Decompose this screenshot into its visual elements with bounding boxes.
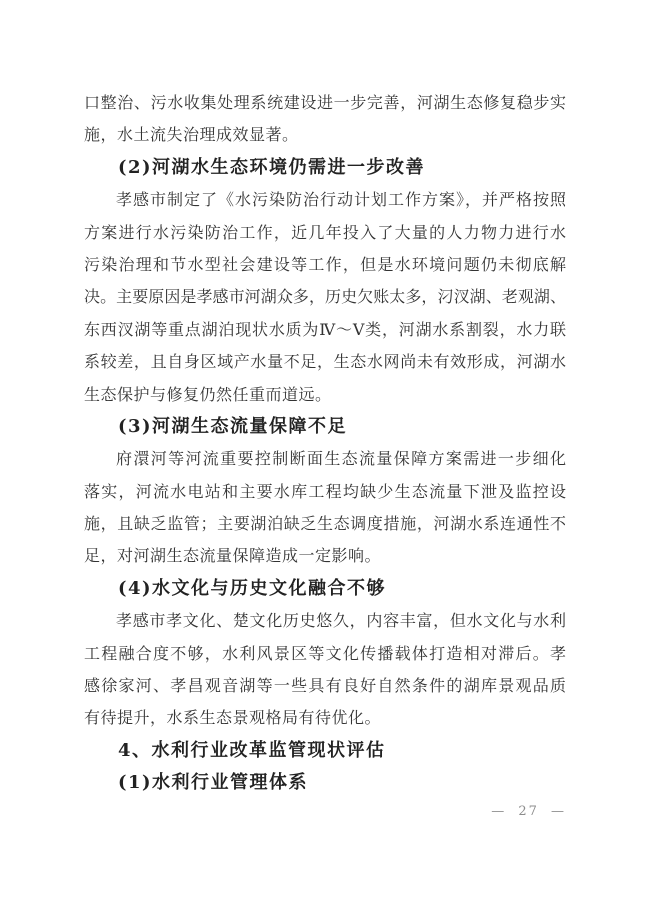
body-line: 方案进行水污染防治工作，近几年投入了大量的人力物力进行水 bbox=[84, 217, 566, 249]
body-line: 感徐家河、孝昌观音湖等一些具有良好自然条件的湖库景观品质 bbox=[84, 670, 566, 702]
body-line: 施，且缺乏监管；主要湖泊缺乏生态调度措施，河湖水系连通性不 bbox=[84, 508, 566, 540]
body-line: 口整治、污水收集处理系统建设进一步完善，河湖生态修复稳步实 bbox=[84, 87, 566, 119]
subsection-heading: (1)水利行业管理体系 bbox=[84, 767, 566, 799]
body-line: 决。主要原因是孝感市河湖众多，历史欠账太多，汈汊湖、老观湖、 bbox=[84, 281, 566, 313]
body-line: 系较差，且自身区域产水量不足，生态水网尚未有效形成，河湖水 bbox=[84, 346, 566, 378]
body-line: 孝感市制定了《水污染防治行动计划工作方案》，并严格按照 bbox=[84, 184, 566, 216]
chapter-heading: 4、水利行业改革监管现状评估 bbox=[84, 735, 566, 767]
body-line: 足，对河湖生态流量保障造成一定影响。 bbox=[84, 540, 566, 572]
body-line: 落实，河流水电站和主要水库工程均缺少生态流量下泄及监控设 bbox=[84, 476, 566, 508]
text-column: 口整治、污水收集处理系统建设进一步完善，河湖生态修复稳步实 施，水土流失治理成效… bbox=[84, 87, 566, 800]
page-number: — 27 — bbox=[491, 804, 566, 820]
section-heading-4: (4)水文化与历史文化融合不够 bbox=[84, 573, 566, 605]
body-line: 工程融合度不够，水利风景区等文化传播载体打造相对滞后。孝 bbox=[84, 638, 566, 670]
body-line: 东西汊湖等重点湖泊现状水质为Ⅳ～Ⅴ类，河湖水系割裂，水力联 bbox=[84, 314, 566, 346]
body-line: 孝感市孝文化、楚文化历史悠久，内容丰富，但水文化与水利 bbox=[84, 605, 566, 637]
document-page: 口整治、污水收集处理系统建设进一步完善，河湖生态修复稳步实 施，水土流失治理成效… bbox=[0, 0, 650, 919]
body-line: 有待提升，水系生态景观格局有待优化。 bbox=[84, 702, 566, 734]
body-line: 生态保护与修复仍然任重而道远。 bbox=[84, 379, 566, 411]
section-heading-2: (2)河湖水生态环境仍需进一步改善 bbox=[84, 152, 566, 184]
body-line: 污染治理和节水型社会建设等工作，但是水环境问题仍未彻底解 bbox=[84, 249, 566, 281]
section-heading-3: (3)河湖生态流量保障不足 bbox=[84, 411, 566, 443]
body-line: 施，水土流失治理成效显著。 bbox=[84, 119, 566, 151]
body-line: 府澴河等河流重要控制断面生态流量保障方案需进一步细化 bbox=[84, 443, 566, 475]
